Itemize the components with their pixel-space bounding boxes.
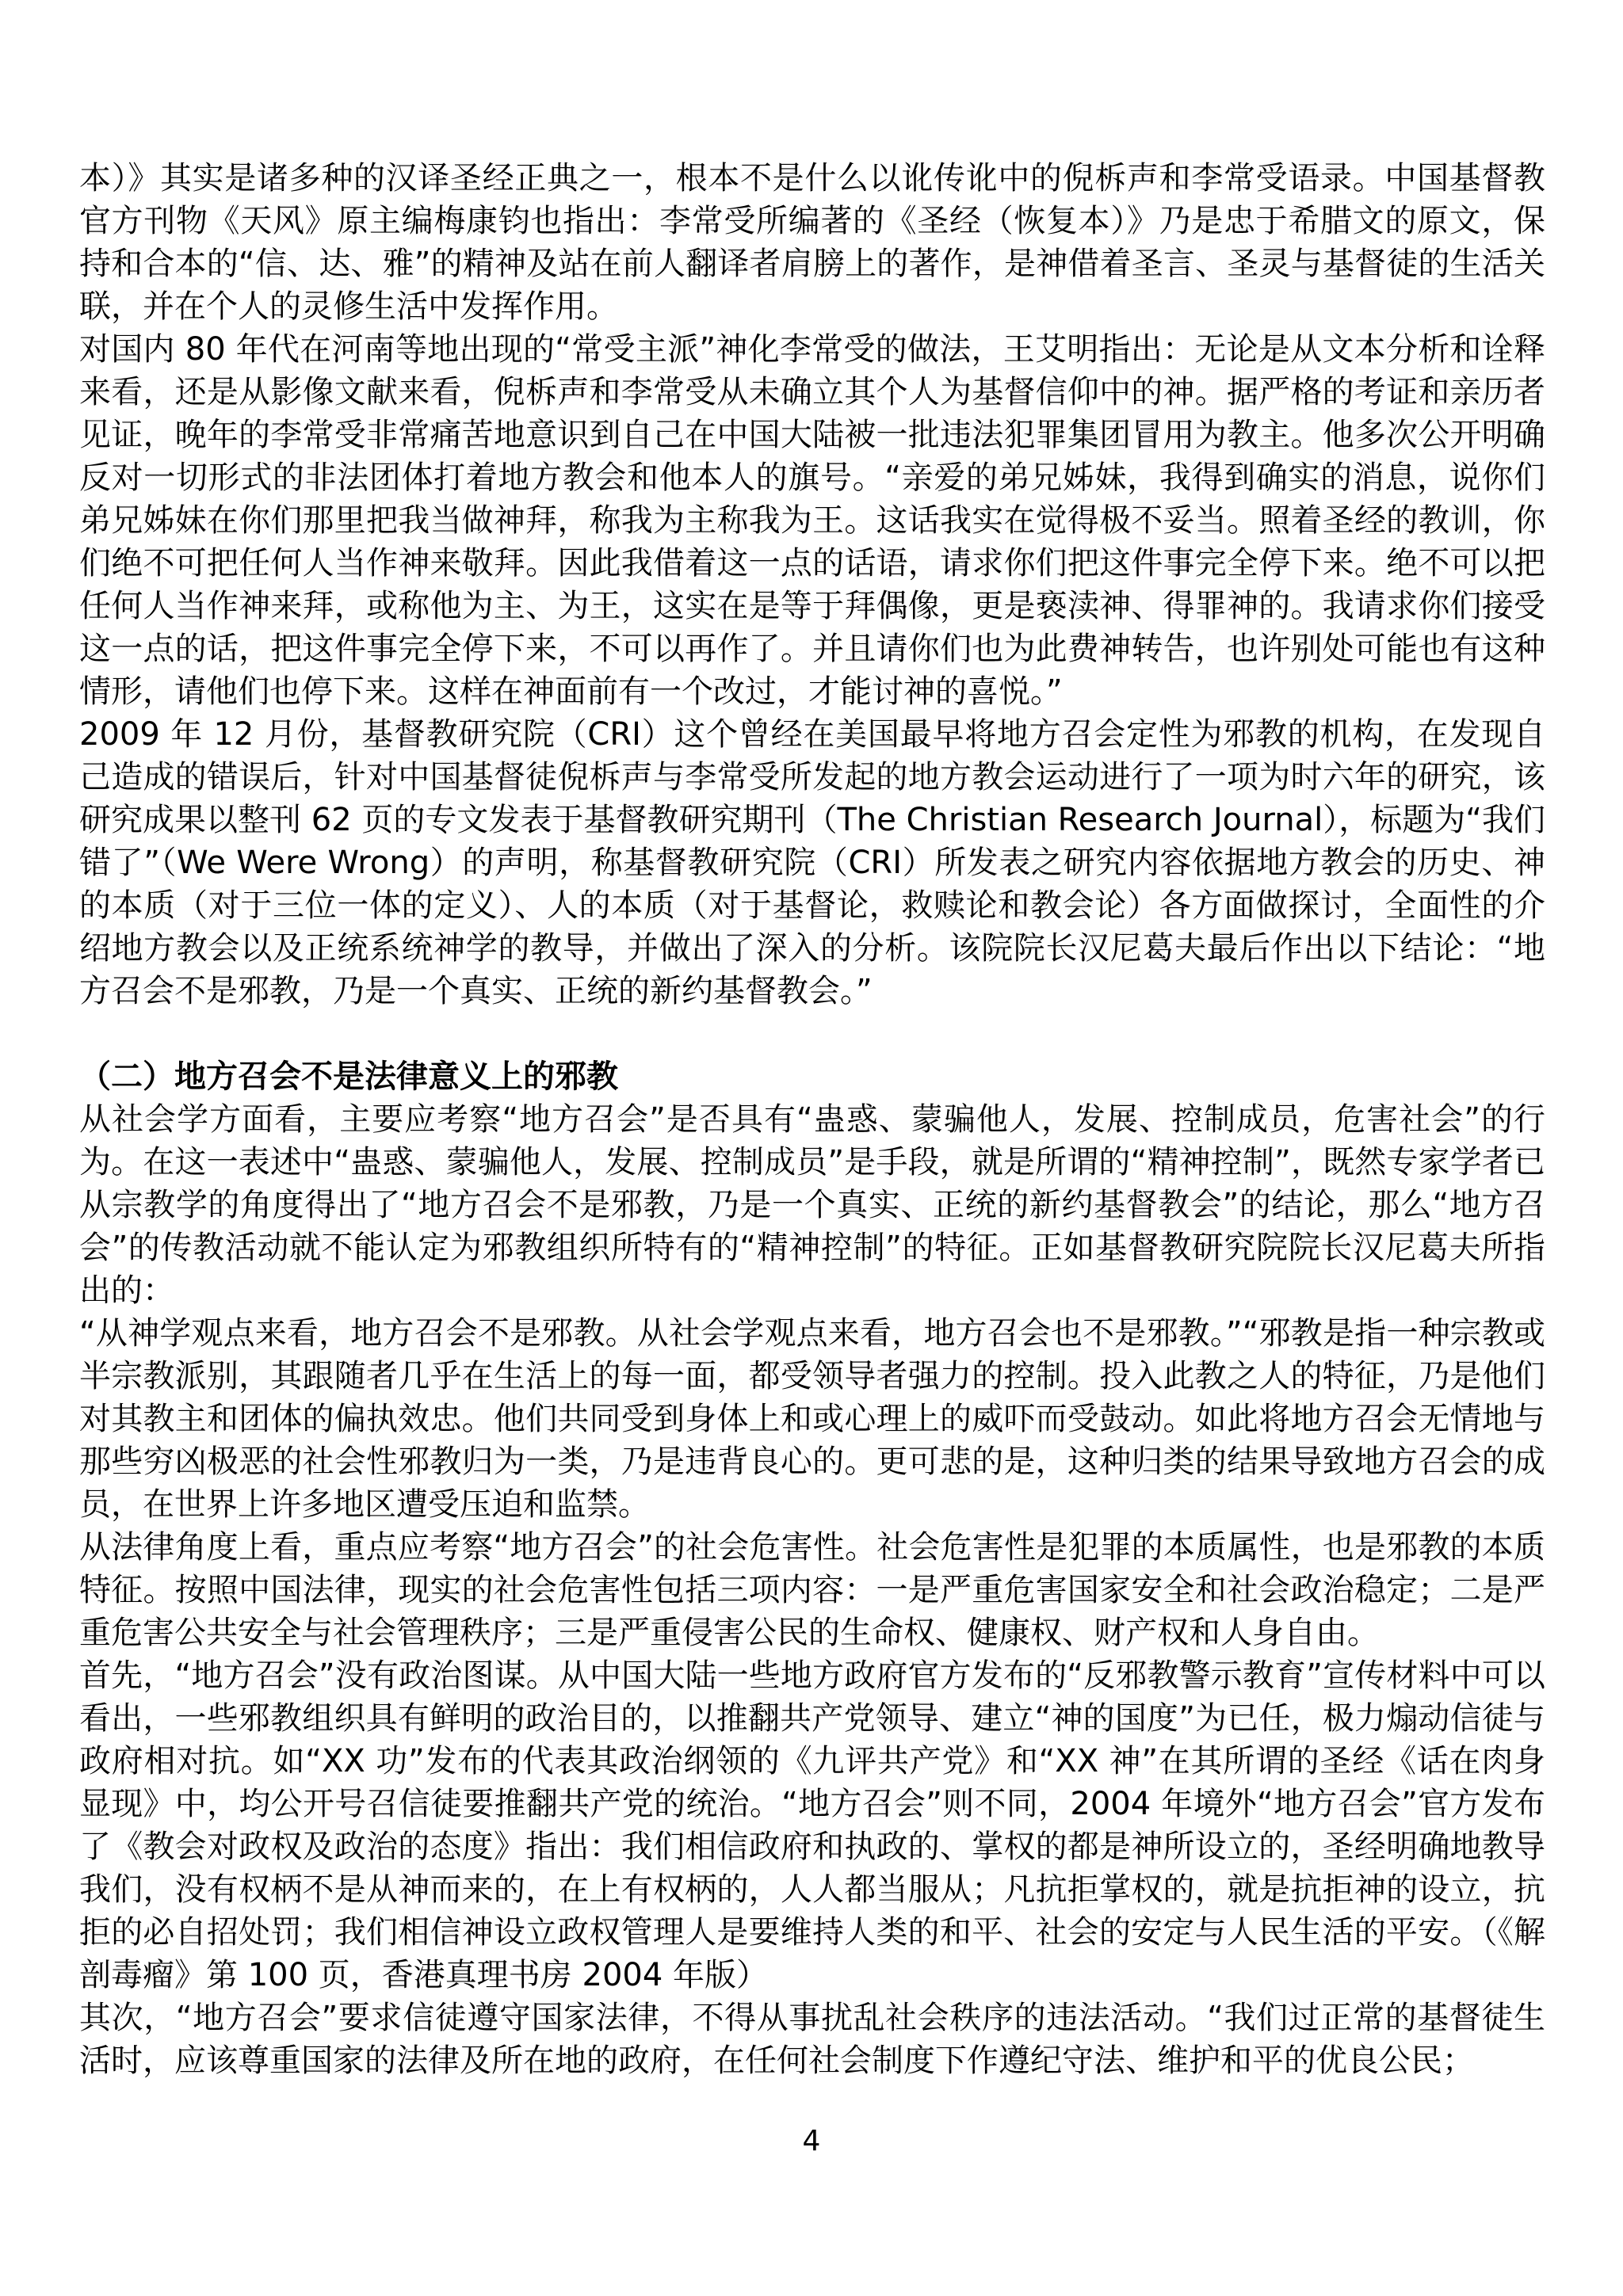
section-heading: （二）地方召会不是法律意义上的邪教 xyxy=(79,1055,1545,1098)
body-paragraph-4: 从社会学方面看，主要应考察“地方召会”是否具有“蛊惑、蒙骗他人，发展、控制成员，… xyxy=(79,1098,1545,1312)
body-paragraph-8: 其次，“地方召会”要求信徒遵守国家法律，不得从事扰乱社会秩序的违法活动。“我们过… xyxy=(79,1997,1545,2082)
body-paragraph-2: 对国内 80 年代在河南等地出现的“常受主派”神化李常受的做法，王艾明指出：无论… xyxy=(79,328,1545,713)
document-page: 本）》其实是诸多种的汉译圣经正典之一，根本不是什么以讹传讹中的倪柝声和李常受语录… xyxy=(0,0,1623,2296)
page-content: 本）》其实是诸多种的汉译圣经正典之一，根本不是什么以讹传讹中的倪柝声和李常受语录… xyxy=(79,157,1545,2082)
body-paragraph-3: 2009 年 12 月份，基督教研究院（CRI）这个曾经在美国最早将地方召会定性… xyxy=(79,713,1545,1013)
body-paragraph-5: “从神学观点来看，地方召会不是邪教。从社会学观点来看，地方召会也不是邪教。”“邪… xyxy=(79,1312,1545,1526)
body-paragraph-7: 首先，“地方召会”没有政治图谋。从中国大陆一些地方政府官方发布的“反邪教警示教育… xyxy=(79,1654,1545,1997)
body-paragraph-6: 从法律角度上看，重点应考察“地方召会”的社会危害性。社会危害性是犯罪的本质属性，… xyxy=(79,1526,1545,1654)
page-number: 4 xyxy=(0,2120,1623,2163)
body-paragraph-1: 本）》其实是诸多种的汉译圣经正典之一，根本不是什么以讹传讹中的倪柝声和李常受语录… xyxy=(79,157,1545,328)
